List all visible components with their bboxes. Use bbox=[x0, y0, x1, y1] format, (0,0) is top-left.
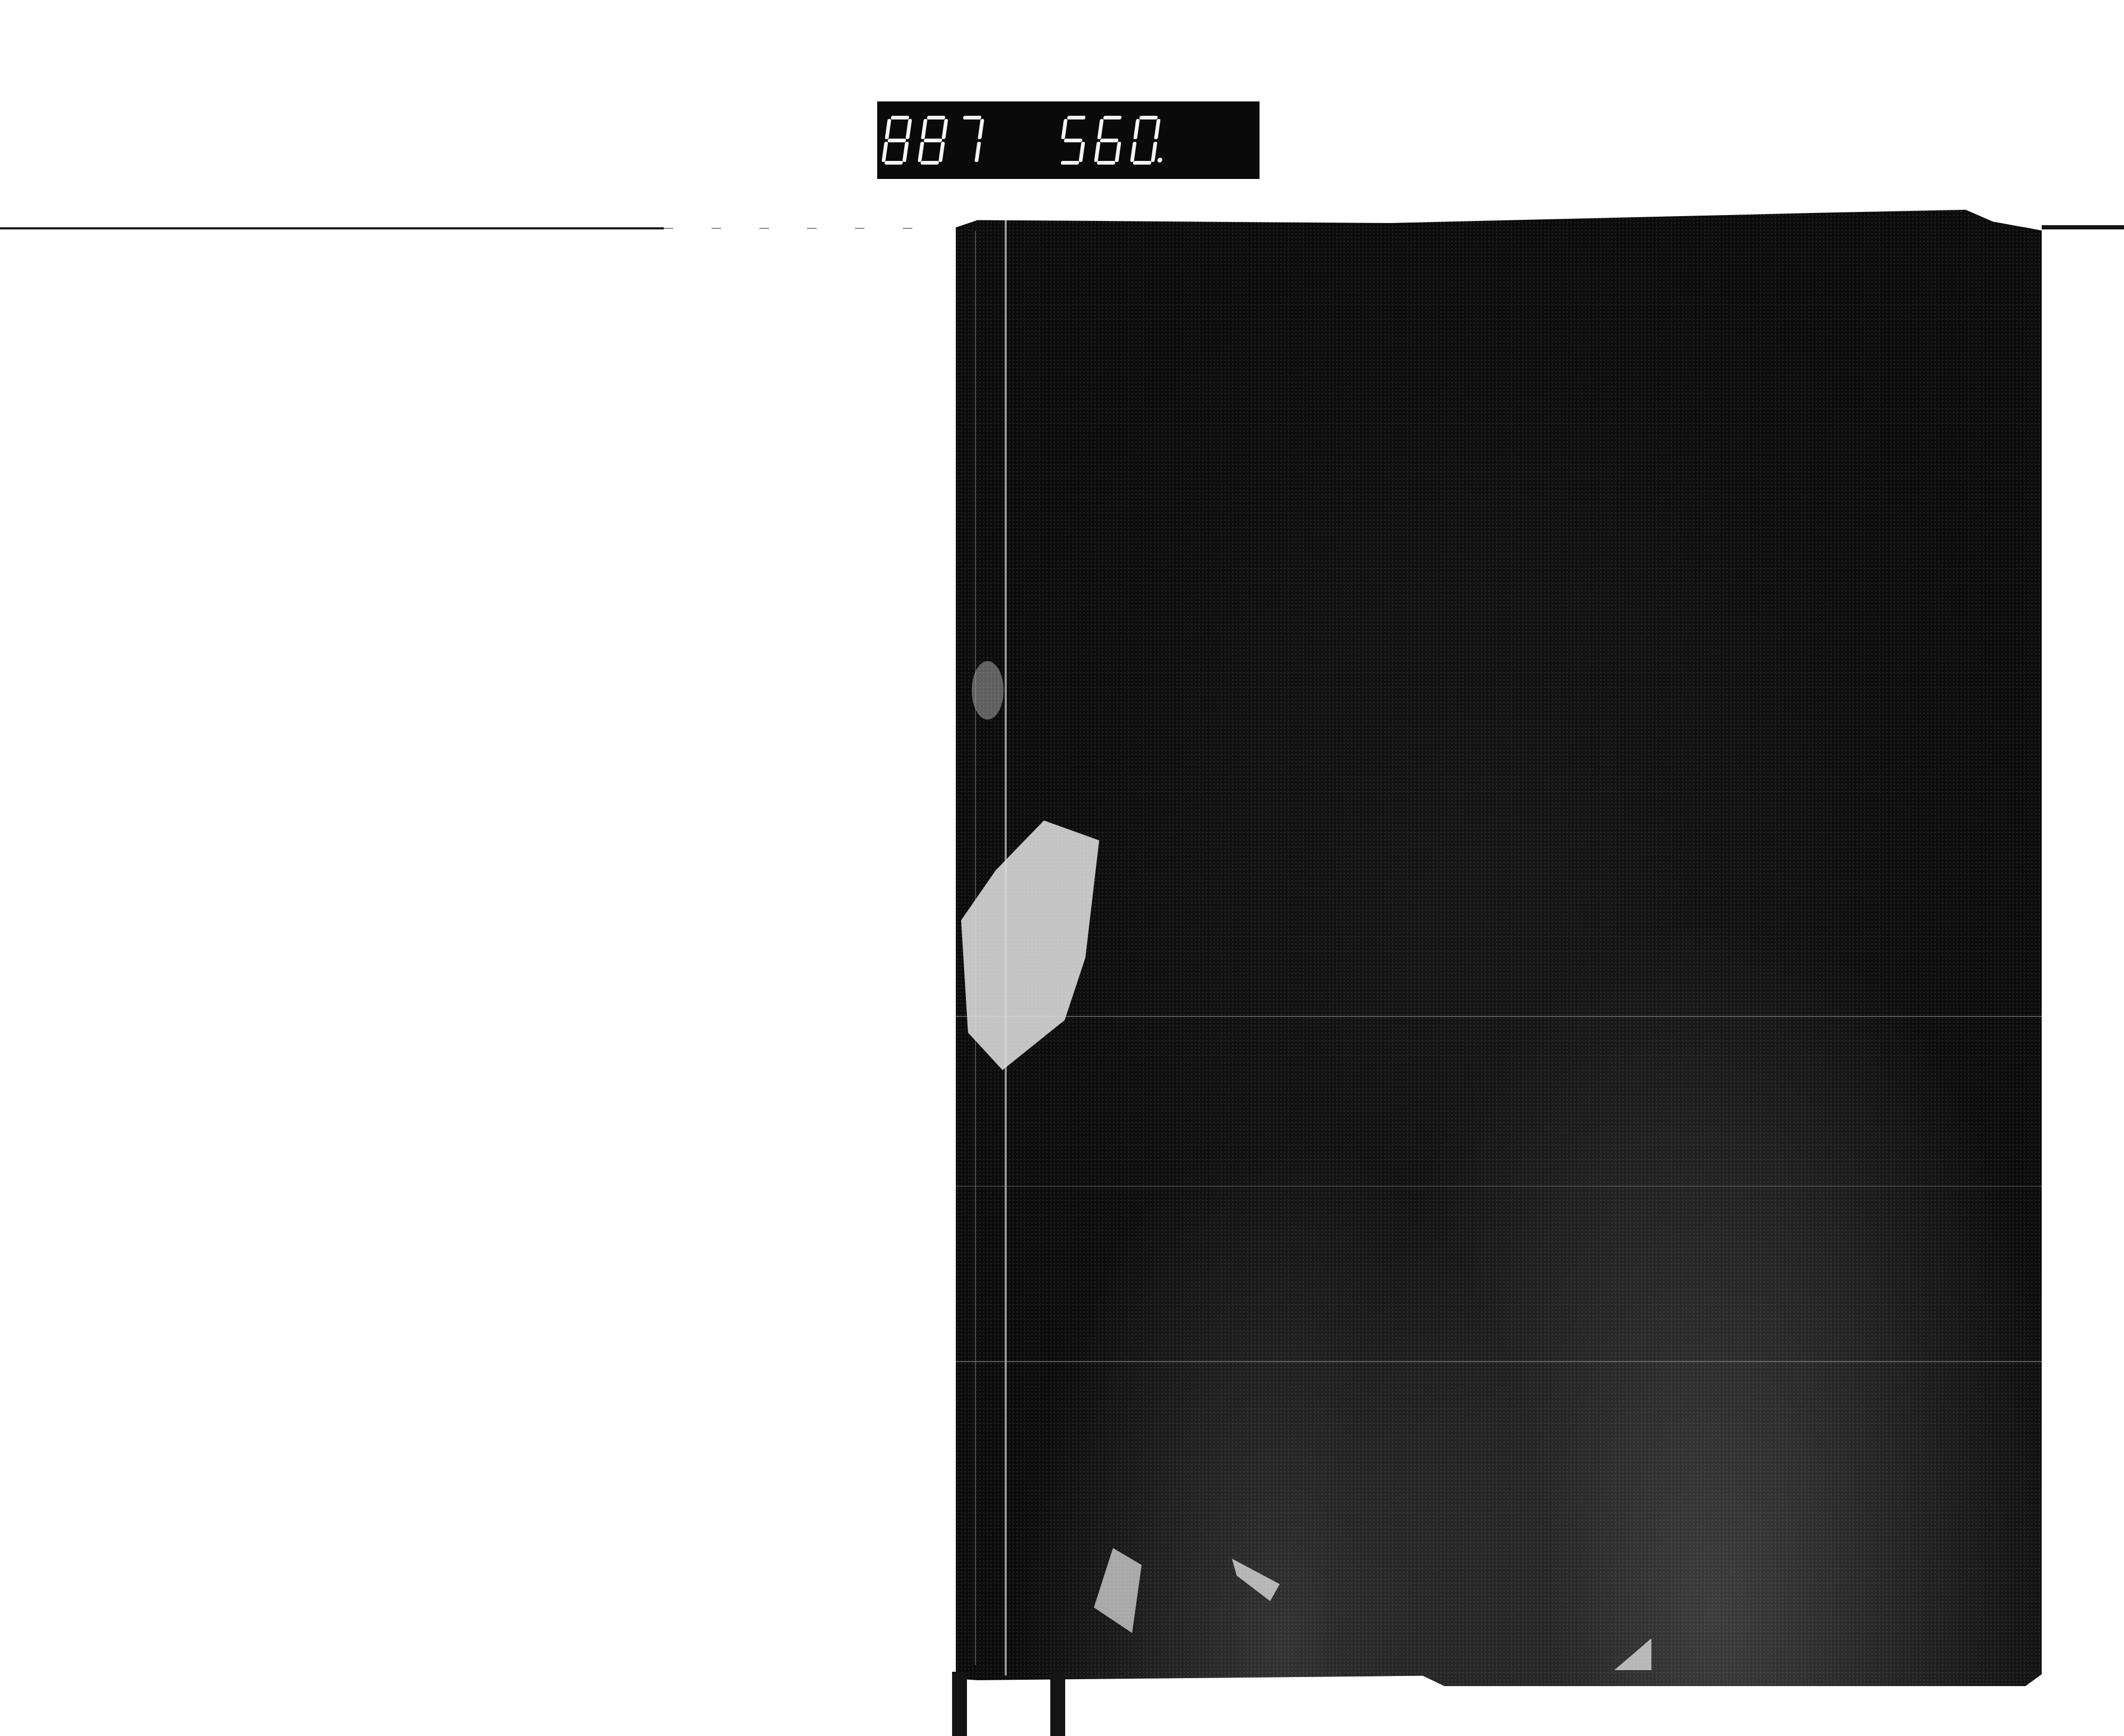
scanner-stand-leg bbox=[1050, 1672, 1065, 1736]
scanner-rule-left-faded bbox=[664, 228, 950, 229]
worn-edge-patch bbox=[1614, 1638, 1651, 1670]
scanner-rule-right bbox=[2042, 225, 2124, 229]
cover-crease bbox=[956, 1016, 2042, 1017]
accession-number-stamp: 887 560. bbox=[877, 101, 1260, 179]
worn-corner-patch bbox=[1094, 1548, 1142, 1633]
spine-edge-line bbox=[975, 231, 976, 1665]
cover-crease bbox=[956, 1186, 2042, 1187]
stamp-digit bbox=[918, 116, 949, 165]
cover-crease bbox=[956, 1361, 2042, 1362]
stamp-digit bbox=[954, 116, 985, 165]
worn-edge-patch bbox=[1232, 1559, 1280, 1601]
stamp-group-2 bbox=[1061, 116, 1158, 165]
cover-stain bbox=[972, 661, 1004, 720]
scanner-stand-leg bbox=[952, 1672, 967, 1736]
stamp-digit bbox=[1130, 116, 1161, 165]
stamp-digit bbox=[1094, 116, 1125, 165]
torn-spine-patch bbox=[961, 820, 1099, 1070]
stamp-digit bbox=[1058, 116, 1089, 165]
scanner-rule-left bbox=[0, 227, 664, 229]
book-cover bbox=[956, 210, 2042, 1686]
stamp-group-1 bbox=[885, 116, 981, 165]
spine-hinge-line bbox=[1005, 220, 1007, 1675]
stamp-digit bbox=[881, 116, 913, 165]
